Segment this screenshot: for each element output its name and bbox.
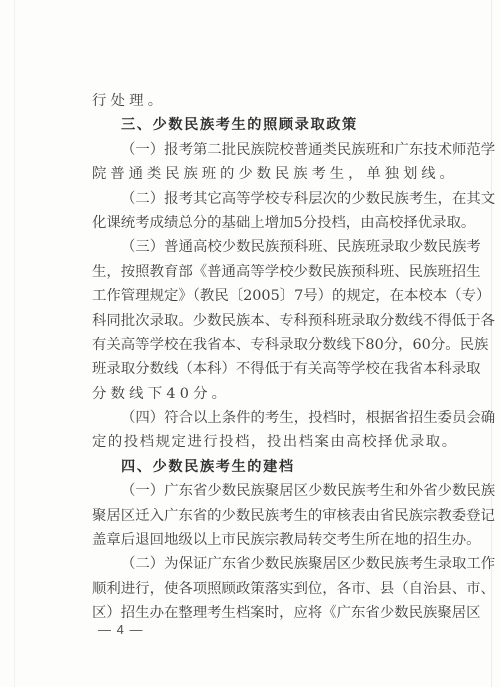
paragraph-3-1-line: （一）报考第二批民族院校普通类民族班和广东技术师范学	[92, 138, 458, 162]
paragraph-4-2-line: 区）招生办在整理考生档案时，应将《广东省少数民族聚居区	[92, 601, 458, 625]
text-line-continuation: 行处理。	[92, 89, 458, 113]
paragraph-3-1-line: 院普通类民族班的少数民族考生，单独划线。	[92, 162, 458, 186]
paragraph-3-3-line: 工作管理规定》（教民〔2005〕7号）的规定，在本校本（专）	[92, 284, 458, 308]
paragraph-3-3-line: 科同批次录取。少数民族本、专科预科班录取分数线不得低于各	[92, 309, 458, 333]
paragraph-3-3-line: 生，按照教育部《普通高等学校少数民族预科班、民族班招生	[92, 260, 458, 284]
paragraph-3-3-line: 分数线下40分。	[92, 382, 458, 406]
paragraph-3-4-line: 定的投档规定进行投档，投出档案由高校择优录取。	[92, 430, 458, 454]
scanned-document-page: 行处理。 三、少数民族考生的照顾录取政策 （一）报考第二批民族院校普通类民族班和…	[0, 0, 500, 687]
paragraph-3-3-line: 班录取分数线（本科）不得低于有关高等学校在我省本科录取	[92, 357, 458, 381]
paragraph-4-2-line: 顺利进行，使各项照顾政策落实到位，各市、县（自治县、市、	[92, 577, 458, 601]
paragraph-3-2-line: 化课统考成绩总分的基础上增加5分投档，由高校择优录取。	[92, 211, 458, 235]
paragraph-3-3-line: （三）普通高校少数民族预科班、民族班录取少数民族考	[92, 235, 458, 259]
paragraph-4-2-line: （二）为保证广东省少数民族聚居区少数民族考生录取工作	[92, 552, 458, 576]
section-heading-4: 四、少数民族考生的建档	[92, 455, 458, 479]
paragraph-4-1-line: （一）广东省少数民族聚居区少数民族考生和外省少数民族	[92, 479, 458, 503]
paragraph-4-1-line: 盖章后退回地级以上市民族宗教局转交考生所在地的招生办。	[92, 528, 458, 552]
paragraph-3-4-line: （四）符合以上条件的考生，投档时，根据省招生委员会确	[92, 406, 458, 430]
paragraph-4-1-line: 聚居区迁入广东省的少数民族考生的审核表由省民族宗教委登记	[92, 504, 458, 528]
page-number: — 4 —	[98, 622, 143, 637]
page-edge-left	[14, 0, 15, 687]
section-heading-3: 三、少数民族考生的照顾录取政策	[92, 113, 458, 137]
paragraph-3-2-line: （二）报考其它高等学校专科层次的少数民族考生，在其文	[92, 187, 458, 211]
document-body: 行处理。 三、少数民族考生的照顾录取政策 （一）报考第二批民族院校普通类民族班和…	[92, 89, 458, 626]
paragraph-3-3-line: 有关高等学校在我省本、专科录取分数线下80分，60分。民族	[92, 333, 458, 357]
